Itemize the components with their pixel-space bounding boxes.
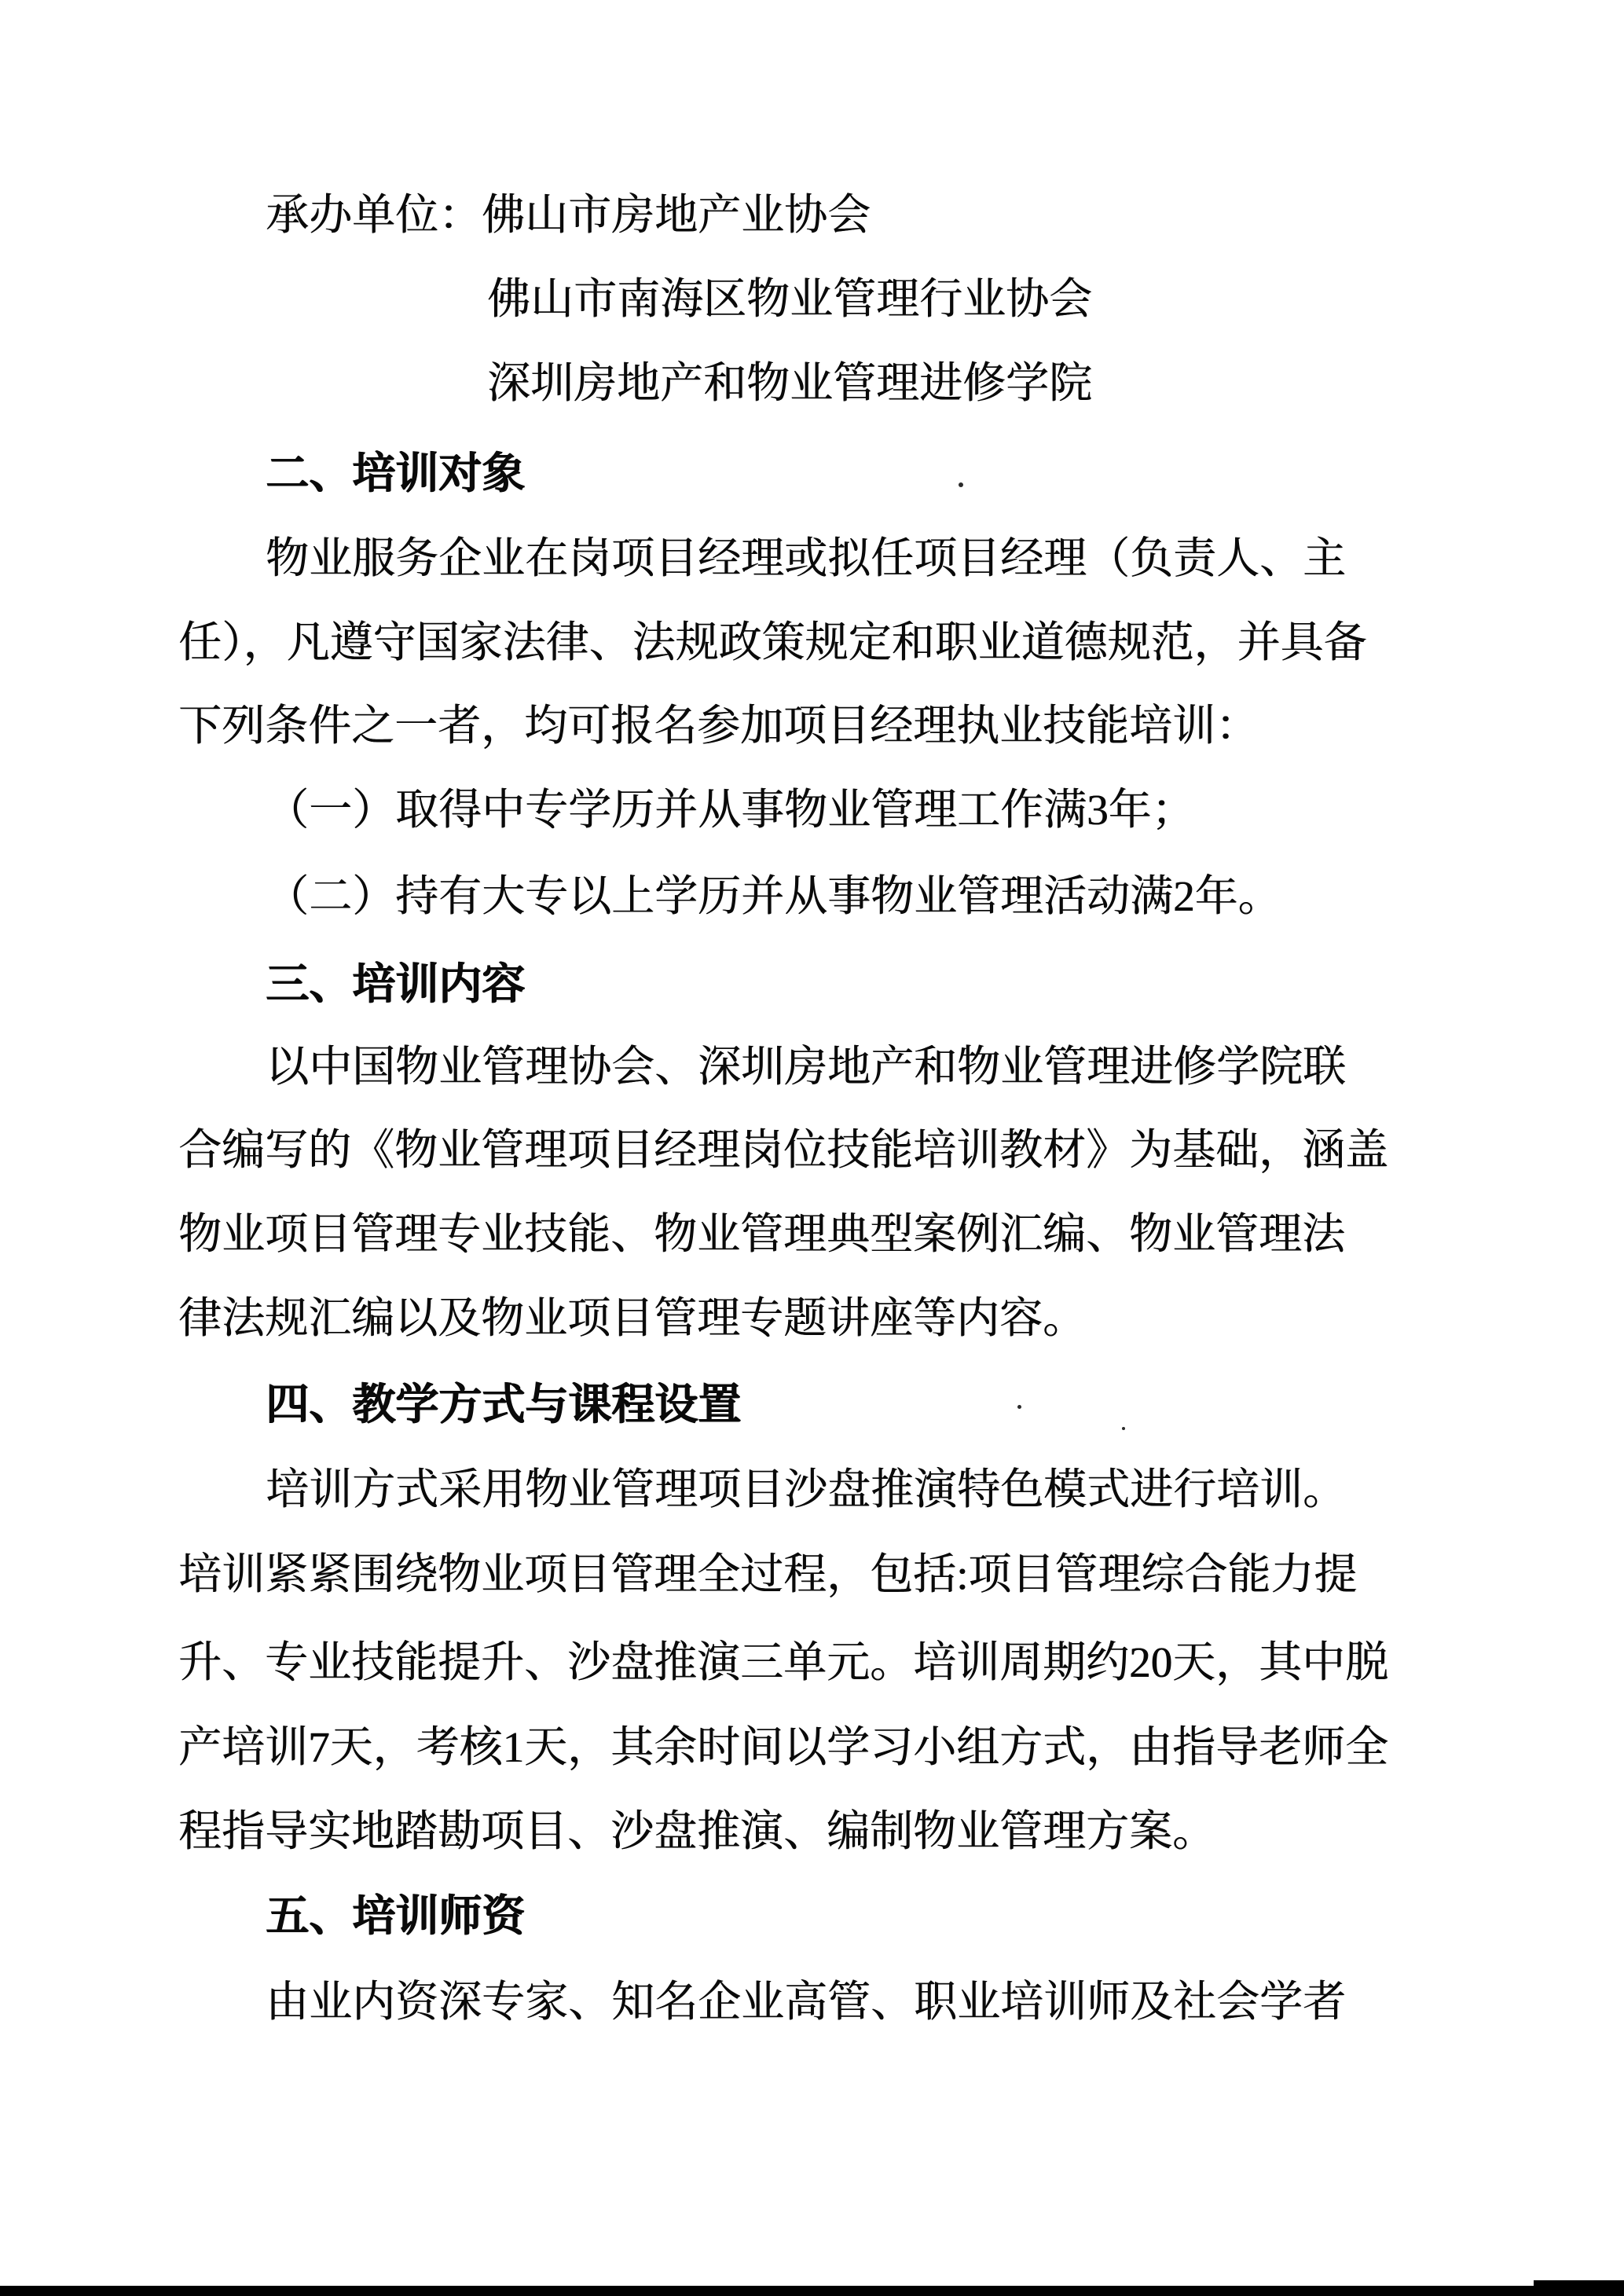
text-line: 产培训7天，考核1天，其余时间以学习小组方式，由指导老师全 — [178, 1723, 1388, 1772]
text-line: 下列条件之一者，均可报名参加项目经理执业技能培训： — [178, 702, 1259, 750]
text-line: 以中国物业管理协会、深圳房地产和物业管理进修学院联 — [266, 1043, 1346, 1091]
scan-noise-dot — [959, 482, 963, 487]
text-line: 物业服务企业在岗项目经理或拟任项目经理（负责人、主 — [266, 534, 1346, 583]
text-line-organizer-2: 佛山市南海区物业管理行业协会 — [487, 275, 1092, 324]
text-line-organizer-label: 承办单位：佛山市房地产业协会 — [266, 191, 871, 240]
scan-edge-block-bottom-right — [1534, 2280, 1624, 2296]
document-page: 承办单位：佛山市房地产业协会 佛山市南海区物业管理行业协会 深圳房地产和物业管理… — [0, 0, 1624, 2296]
text-line: 任），凡遵守国家法律、法规政策规定和职业道德规范，并具备 — [178, 618, 1367, 667]
text-line: 律法规汇编以及物业项目管理专题讲座等内容。 — [178, 1294, 1086, 1343]
text-line: 培训方式采用物业管理项目沙盘推演特色模式进行培训。 — [266, 1465, 1346, 1514]
text-line: 合编写的《物业管理项目经理岗位技能培训教材》为基础，涵盖 — [178, 1126, 1388, 1175]
section-heading-5: 五、培训师资 — [266, 1892, 525, 1941]
text-line: 培训紧紧围绕物业项目管理全过程，包括:项目管理综合能力提 — [178, 1550, 1357, 1599]
section-heading-4: 四、教学方式与课程设置 — [266, 1381, 741, 1429]
scan-edge-bar-bottom — [0, 2286, 1624, 2296]
section-heading-3: 三、培训内容 — [266, 960, 525, 1009]
text-line: 由业内资深专家、知名企业高管、职业培训师及社会学者 — [266, 1978, 1346, 2026]
text-line: 升、专业技能提升、沙盘推演三单元。培训周期约20天，其中脱 — [178, 1638, 1388, 1687]
text-line: 程指导实地踏勘项目、沙盘推演、编制物业管理方案。 — [178, 1807, 1215, 1856]
scan-noise-dot — [1122, 1427, 1125, 1430]
text-line-condition-1: （一）取得中专学历并从事物业管理工作满3年； — [266, 786, 1195, 834]
scan-noise-dot — [1017, 1405, 1021, 1409]
text-line-organizer-3: 深圳房地产和物业管理进修学院 — [487, 359, 1092, 408]
text-line: 物业项目管理专业技能、物业管理典型案例汇编、物业管理法 — [178, 1210, 1345, 1259]
section-heading-2: 二、培训对象 — [266, 449, 525, 498]
text-line-condition-2: （二）持有大专以上学历并从事物业管理活动满2年。 — [266, 872, 1281, 921]
